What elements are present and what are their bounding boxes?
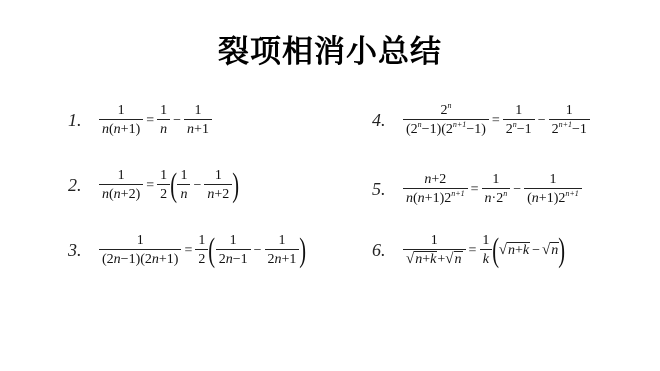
formula-number: 4. bbox=[372, 110, 402, 131]
formula-expression: 2n(2n−1)(2n+1−1) = 12n−1 − 12n+1−1 bbox=[402, 103, 591, 138]
formula-3: 3. 1(2n−1)(2n+1) = 12 ( 12n−1 − 12n+1 ) bbox=[68, 233, 306, 268]
formula-number: 5. bbox=[372, 179, 402, 200]
formula-4: 4. 2n(2n−1)(2n+1−1) = 12n−1 − 12n+1−1 bbox=[372, 103, 591, 138]
formula-number: 2. bbox=[68, 175, 98, 196]
formula-1: 1. 1n(n+1) = 1n − 1n+1 bbox=[68, 103, 213, 138]
formula-expression: 1(2n−1)(2n+1) = 12 ( 12n−1 − 12n+1 ) bbox=[98, 233, 306, 268]
formula-expression: n+2n(n+1)2n+1 = 1n·2n − 1(n+1)2n+1 bbox=[402, 172, 583, 207]
formula-number: 3. bbox=[68, 240, 98, 261]
formula-expression: 1√n+k+√n = 1k ( √n+k − √n ) bbox=[402, 233, 565, 268]
formula-expression: 1n(n+2) = 12 ( 1n − 1n+2 ) bbox=[98, 168, 239, 203]
formula-number: 1. bbox=[68, 110, 98, 131]
formula-number: 6. bbox=[372, 240, 402, 261]
formula-2: 2. 1n(n+2) = 12 ( 1n − 1n+2 ) bbox=[68, 168, 239, 203]
formula-6: 6. 1√n+k+√n = 1k ( √n+k − √n ) bbox=[372, 233, 565, 268]
page-title: 裂项相消小总结 bbox=[0, 26, 660, 71]
formula-expression: 1n(n+1) = 1n − 1n+1 bbox=[98, 103, 213, 138]
formula-5: 5. n+2n(n+1)2n+1 = 1n·2n − 1(n+1)2n+1 bbox=[372, 172, 583, 207]
